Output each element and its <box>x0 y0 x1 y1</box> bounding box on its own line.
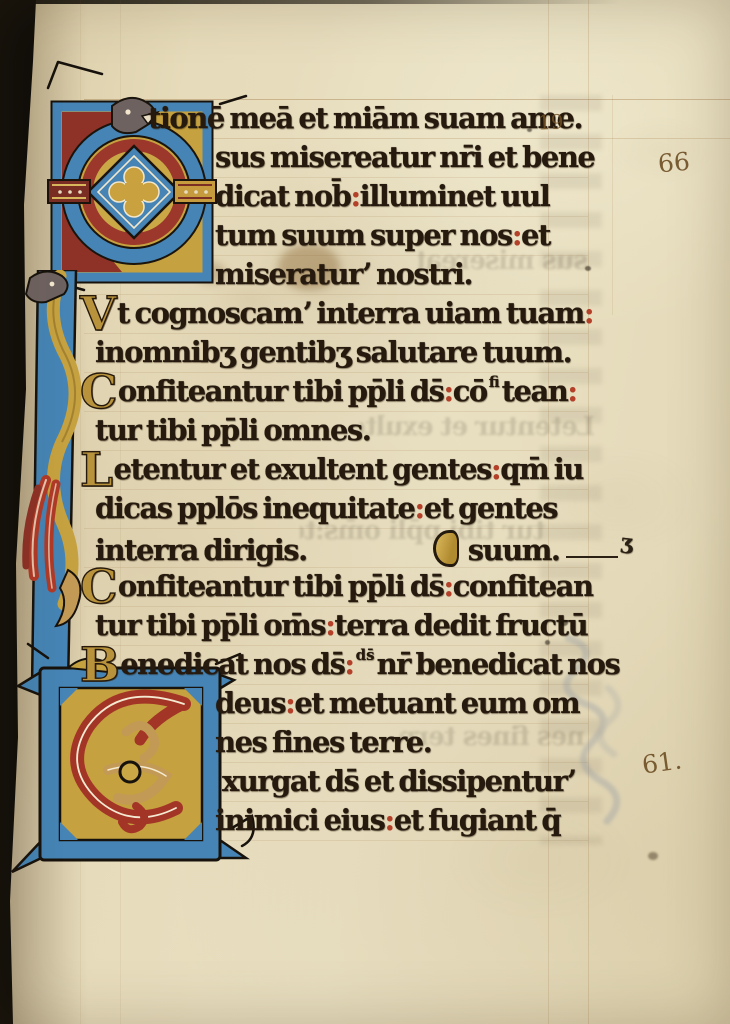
photo-vignette <box>0 0 730 1024</box>
manuscript-page: Letentur et exultent gentes:qm̄ iutur ti… <box>0 0 730 1024</box>
